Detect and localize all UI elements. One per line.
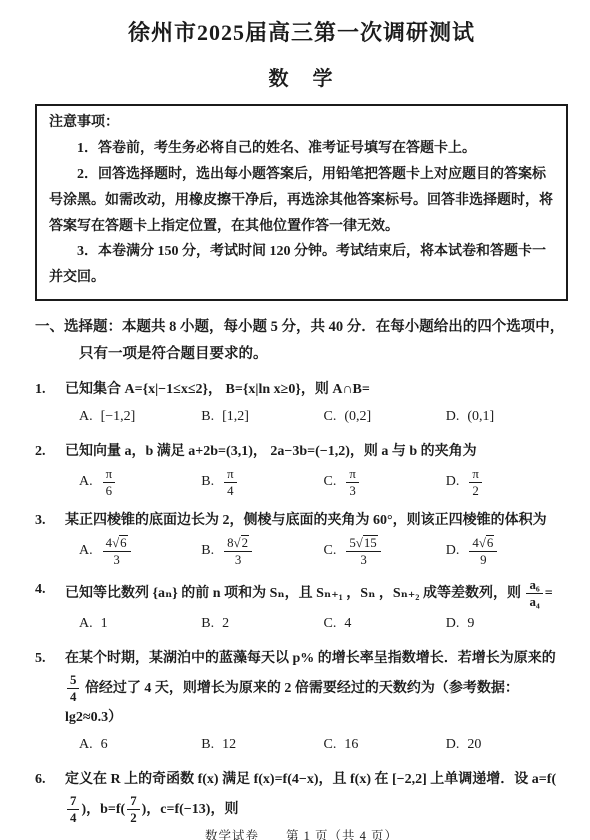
option-value: [−1,2] [101,404,136,430]
question-number: 4. [35,577,65,610]
option-value: π6 [101,466,118,499]
option-a: A. π6 [79,466,201,499]
notice-box: 注意事项： 1．答卷前，考生务必将自己的姓名、准考证号填写在答题卡上。 2．回答… [35,104,568,301]
option-label: A. [79,469,93,495]
option-label: B. [201,538,214,564]
subject-title: 数 学 [35,62,568,91]
question-number: 1. [35,377,65,403]
option-label: B. [201,732,214,758]
option-label: B. [201,469,214,495]
option-value: 20 [467,732,481,758]
option-label: C. [324,538,337,564]
notice-heading: 注意事项： [49,110,554,136]
question-number: 2. [35,439,65,465]
option-value: [1,2] [222,404,249,430]
option-c: C. 16 [324,732,446,758]
option-b: B. π4 [201,466,323,499]
option-c: C. (0,2] [324,404,446,430]
notice-item-2: 2．回答选择题时，选出每小题答案后，用铅笔把答题卡上对应题目的答案标号涂黑。如需… [49,162,554,240]
options-row: A. 6 B. 12 C. 16 D. 20 [35,732,568,758]
option-a: A. 6 [79,732,201,758]
notice-item-1: 1．答卷前，考生务必将自己的姓名、准考证号填写在答题卡上。 [49,136,554,162]
section-header: 一、选择题：本题共 8 小题，每小题 5 分，共 40 分．在每小题给出的四个选… [35,314,568,368]
options-row: A. π6 B. π4 C. π3 D. π2 [35,466,568,499]
question-4: 4. 已知等比数列 {aₙ} 的前 n 项和为 Sₙ，且 Sₙ₊₁ ，Sₙ ，S… [35,577,568,637]
option-value: π4 [222,466,239,499]
notice-item-3: 3．本卷满分 150 分，考试时间 120 分钟。考试结束后，将本试卷和答题卡一… [49,239,554,291]
option-label: B. [201,611,214,637]
option-label: A. [79,538,93,564]
option-b: B. [1,2] [201,404,323,430]
option-a: A. [−1,2] [79,404,201,430]
question-5: 5. 在某个时期，某湖泊中的蓝藻每天以 p% 的增长率呈指数增长．若增长为原来的… [35,646,568,758]
option-d: D. π2 [446,466,568,499]
question-stem: 在某个时期，某湖泊中的蓝藻每天以 p% 的增长率呈指数增长．若增长为原来的 54… [65,646,568,731]
question-2: 2. 已知向量 a，b 满足 a+2b=(3,1)， 2a−3b=(−1,2)，… [35,439,568,499]
option-value: 16 [344,732,358,758]
question-number: 6. [35,767,65,826]
question-3: 3. 某正四棱锥的底面边长为 2，侧棱与底面的夹角为 60°，则该正四棱锥的体积… [35,508,568,568]
option-label: A. [79,732,93,758]
option-label: D. [446,538,460,564]
question-stem: 定义在 R 上的奇函数 f(x) 满足 f(x)=f(4−x)，且 f(x) 在… [65,767,568,826]
option-b: B. 12 [201,732,323,758]
option-value: 5√153 [344,535,382,568]
option-value: 2 [222,611,229,637]
option-value: π2 [467,466,484,499]
question-number: 3. [35,508,65,534]
options-row: A. 4√63 B. 8√23 C. 5√153 D. 4√69 [35,535,568,568]
question-stem: 已知等比数列 {aₙ} 的前 n 项和为 Sₙ，且 Sₙ₊₁ ，Sₙ ，Sₙ₊₂… [65,577,568,610]
question-stem: 已知向量 a，b 满足 a+2b=(3,1)， 2a−3b=(−1,2)，则 a… [65,439,568,465]
option-value: (0,2] [344,404,371,430]
option-value: 9 [467,611,474,637]
option-value: 8√23 [222,535,254,568]
option-b: B. 8√23 [201,535,323,568]
question-stem: 已知集合 A={x|−1≤x≤2}， B={x|ln x≥0}，则 A∩B= [65,377,568,403]
option-value: 12 [222,732,236,758]
option-c: C. 4 [324,611,446,637]
option-label: D. [446,611,460,637]
option-value: 4√69 [467,535,499,568]
page-title: 徐州市2025届高三第一次调研测试 [35,16,568,47]
option-c: C. 5√153 [324,535,446,568]
options-row: A. [−1,2] B. [1,2] C. (0,2] D. (0,1] [35,404,568,430]
question-stem: 某正四棱锥的底面边长为 2，侧棱与底面的夹角为 60°，则该正四棱锥的体积为 [65,508,568,534]
option-value: 4√63 [101,535,133,568]
exam-page: 徐州市2025届高三第一次调研测试 数 学 注意事项： 1．答卷前，考生务必将自… [0,0,590,840]
option-d: D. 4√69 [446,535,568,568]
option-d: D. 20 [446,732,568,758]
option-d: D. 9 [446,611,568,637]
options-row: A. 1 B. 2 C. 4 D. 9 [35,611,568,637]
option-label: C. [324,469,337,495]
option-label: B. [201,404,214,430]
option-label: D. [446,404,460,430]
option-value: 6 [101,732,108,758]
option-a: A. 4√63 [79,535,201,568]
option-value: (0,1] [467,404,494,430]
question-6: 6. 定义在 R 上的奇函数 f(x) 满足 f(x)=f(4−x)，且 f(x… [35,767,568,826]
option-c: C. π3 [324,466,446,499]
option-value: π3 [344,466,361,499]
option-label: D. [446,469,460,495]
option-a: A. 1 [79,611,201,637]
option-label: C. [324,404,337,430]
option-label: D. [446,732,460,758]
option-b: B. 2 [201,611,323,637]
page-footer: 数学试卷 第 1 页（共 4 页） [35,826,568,840]
option-label: A. [79,404,93,430]
option-label: A. [79,611,93,637]
option-value: 1 [101,611,108,637]
question-1: 1. 已知集合 A={x|−1≤x≤2}， B={x|ln x≥0}，则 A∩B… [35,377,568,430]
option-d: D. (0,1] [446,404,568,430]
option-label: C. [324,732,337,758]
option-value: 4 [344,611,351,637]
option-label: C. [324,611,337,637]
question-number: 5. [35,646,65,731]
